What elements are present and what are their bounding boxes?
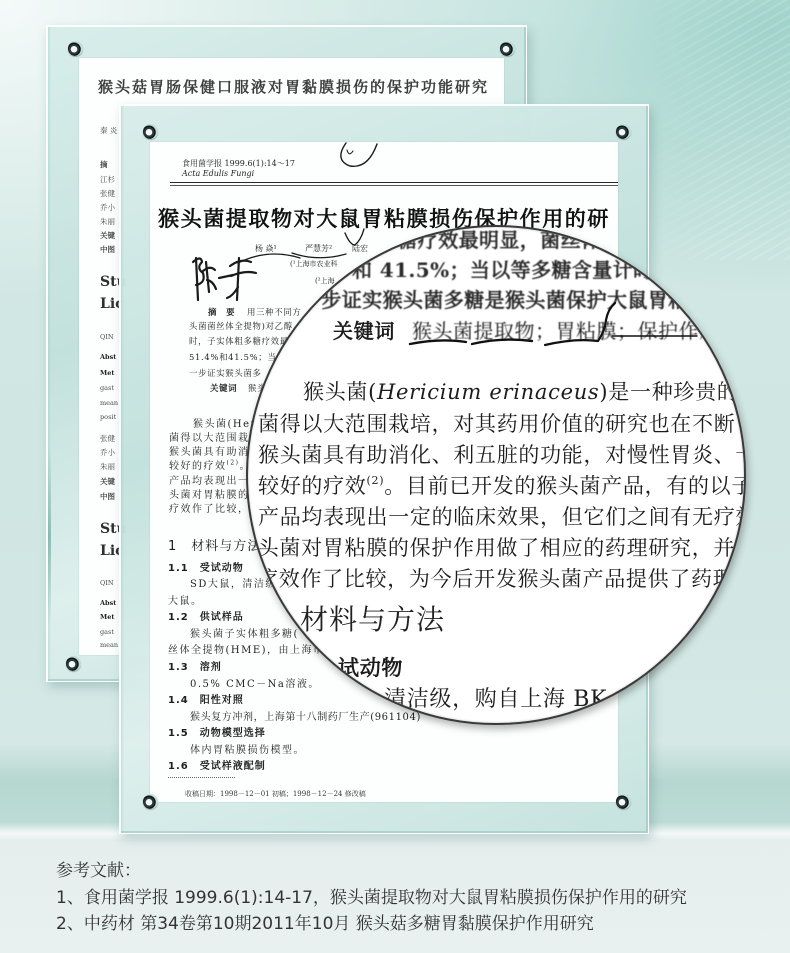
- screw-icon: [500, 41, 515, 56]
- reference-item: 1、食用菌学报 1999.6(1):14-17，猴头菌提取物对大鼠胃粘膜损伤保护…: [56, 885, 687, 912]
- back-column-text: 张健: [100, 188, 115, 199]
- magnified-content: 多糖疗效最明显，菌丝体0、 和 41.5%；当以等多糖含量计时，附 一步证实猴头…: [246, 225, 746, 725]
- intro-prefix: 猴头菌(: [303, 380, 377, 404]
- back-column-text: gast: [100, 628, 114, 636]
- species-latin-name: Hericium erinaceus: [377, 380, 599, 404]
- screw-icon: [143, 124, 158, 139]
- citation-superscript: (2): [227, 460, 240, 467]
- intro-line: 猴头菌具有助消: [169, 443, 250, 458]
- magnified-section-heading: 材料与方法: [300, 608, 445, 632]
- magnified-body-line: 较好的疗效(2)。目前已开发的猴头菌产品，有的以子: [258, 474, 746, 498]
- received-date-note: 收稿日期：1998－12－01 初稿；1998－12－24 修改稿: [185, 789, 366, 799]
- intro-line: 头菌对胃粘膜的: [169, 486, 250, 501]
- background-stripes: [640, 0, 790, 260]
- magnified-abstract-line: 多糖疗效最明显，菌丝体0、: [377, 228, 636, 252]
- back-column-text: Met: [100, 369, 114, 377]
- header-rule: [170, 185, 618, 186]
- magnified-body-line: 猴头菌对胃粘膜的保护作用做了相应的药理研究，并就: [246, 536, 746, 560]
- magnified-body-line: 清洁级，购自上海 BK 公: [384, 688, 638, 712]
- back-column-text: QIN: [100, 333, 114, 341]
- back-column-text: 关键: [100, 230, 115, 241]
- back-column-text: 朱丽: [100, 216, 115, 227]
- screw-icon: [616, 794, 631, 809]
- back-column-text: 乔小: [100, 202, 115, 213]
- back-column-text: 乔小: [100, 447, 115, 458]
- intro-suffix: )是一种珍贵的药食: [599, 380, 746, 404]
- back-column-text: 张健: [100, 433, 115, 444]
- magnified-body-line: 产品均表现出一定的临床效果，但它们之间有无疗效: [258, 505, 746, 529]
- journal-header: 食用菌学报 1999.6(1):14～17: [182, 158, 295, 169]
- subsection-heading: 1.4 阳性对照: [168, 691, 244, 706]
- back-document-author: 秦 炎: [100, 125, 117, 136]
- body-text: 较好的疗效: [258, 474, 367, 498]
- magnified-intro-line: 猴头菌(Hericium erinaceus)是一种珍贵的药食: [303, 380, 746, 404]
- reference-item: 2、中药材 第34卷第10期2011年10月 猴头菇多糖胃黏膜保护作用研究: [56, 911, 687, 938]
- screw-icon: [143, 794, 158, 809]
- back-column-text: mean: [100, 399, 118, 407]
- back-document-title: 猴头菇胃肠保健口服液对胃黏膜损伤的保护功能研究: [98, 76, 489, 97]
- magnified-keywords: 猴头菌提取物；胃粘膜；保护作用: [412, 319, 720, 343]
- back-column-text: 关键: [100, 476, 115, 487]
- back-column-text: gast: [100, 384, 114, 392]
- subsection-heading: 1.5 动物模型选择: [168, 724, 266, 739]
- keywords-label: 关键词: [210, 382, 237, 394]
- journal-header-en: Acta Edulis Fungi: [182, 169, 254, 178]
- intro-line: 产品均表现出一: [169, 472, 250, 487]
- screw-icon: [66, 656, 81, 671]
- back-column-text: posit: [100, 413, 116, 421]
- back-column-text: 中图: [100, 491, 115, 502]
- screw-icon: [68, 41, 83, 56]
- footnote-rule: [168, 777, 235, 778]
- references-block: 参考文献： 1、食用菌学报 1999.6(1):14-17，猴头菌提取物对大鼠胃…: [56, 858, 687, 938]
- back-column-text: mean: [100, 641, 118, 649]
- body-line: 大鼠。: [168, 592, 203, 607]
- subsection-heading: 1.6 受试样液配制: [168, 757, 266, 772]
- header-rule: [170, 182, 618, 183]
- back-column-text: 江杉: [100, 174, 115, 185]
- references-heading: 参考文献：: [56, 858, 687, 885]
- subsection-heading: 1.1 受试动物: [168, 559, 244, 574]
- intro-line: 菌得以大范围栽: [169, 429, 250, 444]
- back-column-text: 中图: [100, 244, 115, 255]
- intro-text: 较好的疗效: [169, 461, 227, 472]
- magnified-body-line: 疗效作了比较，为今后开发猴头菌产品提供了药理: [257, 567, 734, 591]
- back-column-text: QIN: [100, 579, 114, 587]
- magnifier-lens: 多糖疗效最明显，菌丝体0、 和 41.5%；当以等多糖含量计时，附 一步证实猴头…: [246, 225, 746, 725]
- body-line: 体内胃粘膜损伤模型。: [190, 741, 305, 756]
- magnified-abstract-line: 和 41.5%；当以等多糖含量计时，附: [352, 258, 694, 282]
- magnified-body-line: 菌得以大范围栽培，对其药用价值的研究也在不断: [258, 412, 735, 436]
- body-text: 。目前已开发的猴头菌产品，有的以子: [384, 474, 746, 498]
- magnified-subsection-heading: 试动物: [338, 656, 403, 680]
- subsection-heading: 1.2 供试样品: [168, 608, 244, 623]
- citation-superscript: (2): [367, 474, 385, 487]
- acrylic-edge-streak: [48, 446, 51, 626]
- back-column-text: Abst: [100, 599, 116, 607]
- magnified-body-line: 猴头菌具有助消化、利五脏的功能，对慢性胃炎、十二: [258, 443, 746, 467]
- abstract-label: 摘 要: [208, 306, 235, 318]
- magnified-abstract-line: 一步证实猴头菌多糖是猴头菌保护大鼠胃粘膜: [301, 288, 709, 312]
- back-column-text: 朱丽: [100, 461, 115, 472]
- magnified-keywords-label: 关键词: [333, 319, 395, 343]
- subsection-heading: 1.3 溶剂: [168, 658, 222, 673]
- back-column-text: Abst: [100, 353, 116, 361]
- intro-line: 较好的疗效(2)。: [169, 457, 251, 472]
- back-column-text: Met: [100, 613, 114, 621]
- back-column-text: 摘: [100, 159, 108, 170]
- screw-icon: [616, 124, 631, 139]
